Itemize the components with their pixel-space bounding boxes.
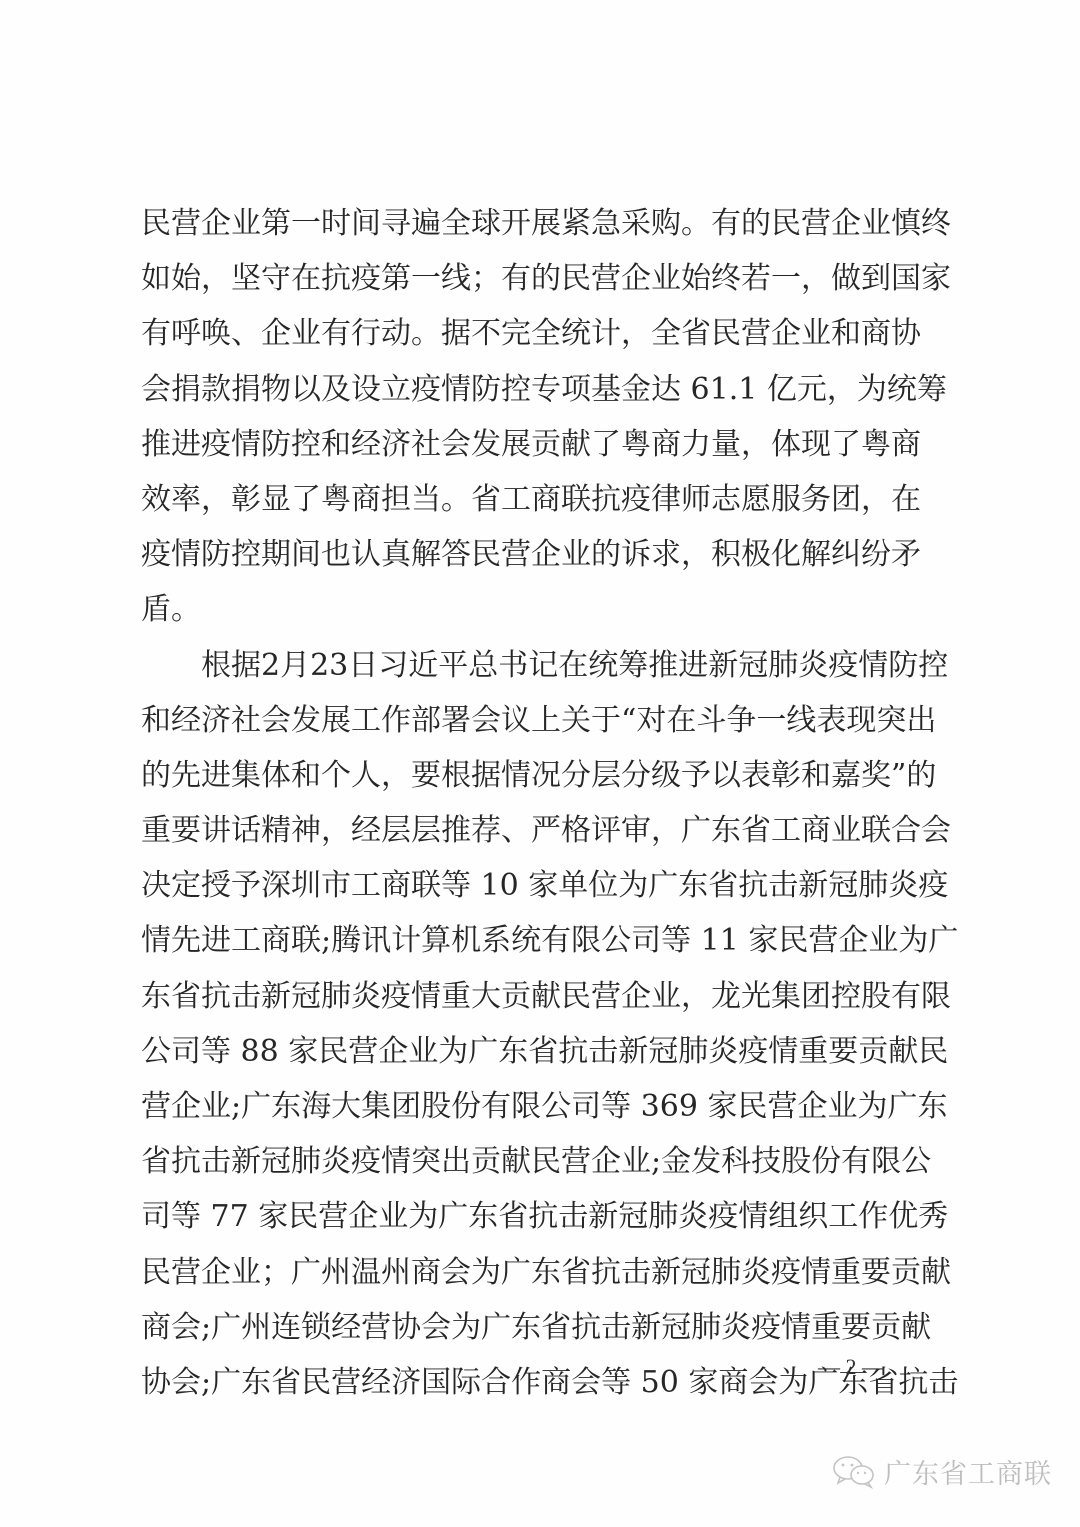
- page-number: — 2 —: [818, 1352, 884, 1382]
- text-line: 公司等 88 家民营企业为广东省抗击新冠肺炎疫情重要贡献民: [141, 1024, 921, 1079]
- text-line: 省抗击新冠肺炎疫情突出贡献民营企业;金发科技股份有限公: [141, 1134, 921, 1189]
- text-line: 重要讲话精神，经层层推荐、严格评审，广东省工商业联合会: [141, 803, 921, 858]
- text-line: 会捐款捐物以及设立疫情防控专项基金达 61.1 亿元，为统筹: [141, 362, 921, 417]
- text-line: 决定授予深圳市工商联等 10 家单位为广东省抗击新冠肺炎疫: [141, 858, 921, 913]
- text-line: 的先进集体和个人，要根据情况分层分级予以表彰和嘉奖”的: [141, 748, 921, 803]
- text-line: 司等 77 家民营企业为广东省抗击新冠肺炎疫情组织工作优秀: [141, 1189, 921, 1244]
- document-body: 民营企业第一时间寻遍全球开展紧急采购。有的民营企业慎终 如始，坚守在抗疫第一线；…: [141, 196, 921, 1410]
- text-line: 疫情防控期间也认真解答民营企业的诉求，积极化解纠纷矛: [141, 527, 921, 582]
- text-line: 营企业;广东海大集团股份有限公司等 369 家民营企业为广东: [141, 1079, 921, 1134]
- text-line: 效率，彰显了粤商担当。省工商联抗疫律师志愿服务团，在: [141, 472, 921, 527]
- text-line: 情先进工商联;腾讯计算机系统有限公司等 11 家民营企业为广: [141, 913, 921, 968]
- text-line: 有呼唤、企业有行动。据不完全统计，全省民营企业和商协: [141, 306, 921, 361]
- text-line: 民营企业；广州温州商会为广东省抗击新冠肺炎疫情重要贡献: [141, 1245, 921, 1300]
- document-page: 民营企业第一时间寻遍全球开展紧急采购。有的民营企业慎终 如始，坚守在抗疫第一线；…: [0, 0, 1080, 1527]
- wechat-icon: [832, 1455, 878, 1489]
- text-line: 盾。: [141, 582, 921, 637]
- text-line: 商会;广州连锁经营协会为广东省抗击新冠肺炎疫情重要贡献: [141, 1300, 921, 1355]
- text-line: 根据2月23日习近平总书记在统筹推进新冠肺炎疫情防控: [141, 638, 921, 693]
- text-line: 推进疫情防控和经济社会发展贡献了粤商力量，体现了粤商: [141, 417, 921, 472]
- text-line: 东省抗击新冠肺炎疫情重大贡献民营企业，龙光集团控股有限: [141, 969, 921, 1024]
- text-line: 民营企业第一时间寻遍全球开展紧急采购。有的民营企业慎终: [141, 196, 921, 251]
- text-line: 和经济社会发展工作部署会议上关于“对在斗争一线表现突出: [141, 693, 921, 748]
- text-line: 协会;广东省民营经济国际合作商会等 50 家商会为广东省抗击: [141, 1355, 921, 1410]
- text-line: 如始，坚守在抗疫第一线；有的民营企业始终若一，做到国家: [141, 251, 921, 306]
- watermark: 广东省工商联: [832, 1452, 1052, 1491]
- watermark-text: 广东省工商联: [884, 1452, 1052, 1491]
